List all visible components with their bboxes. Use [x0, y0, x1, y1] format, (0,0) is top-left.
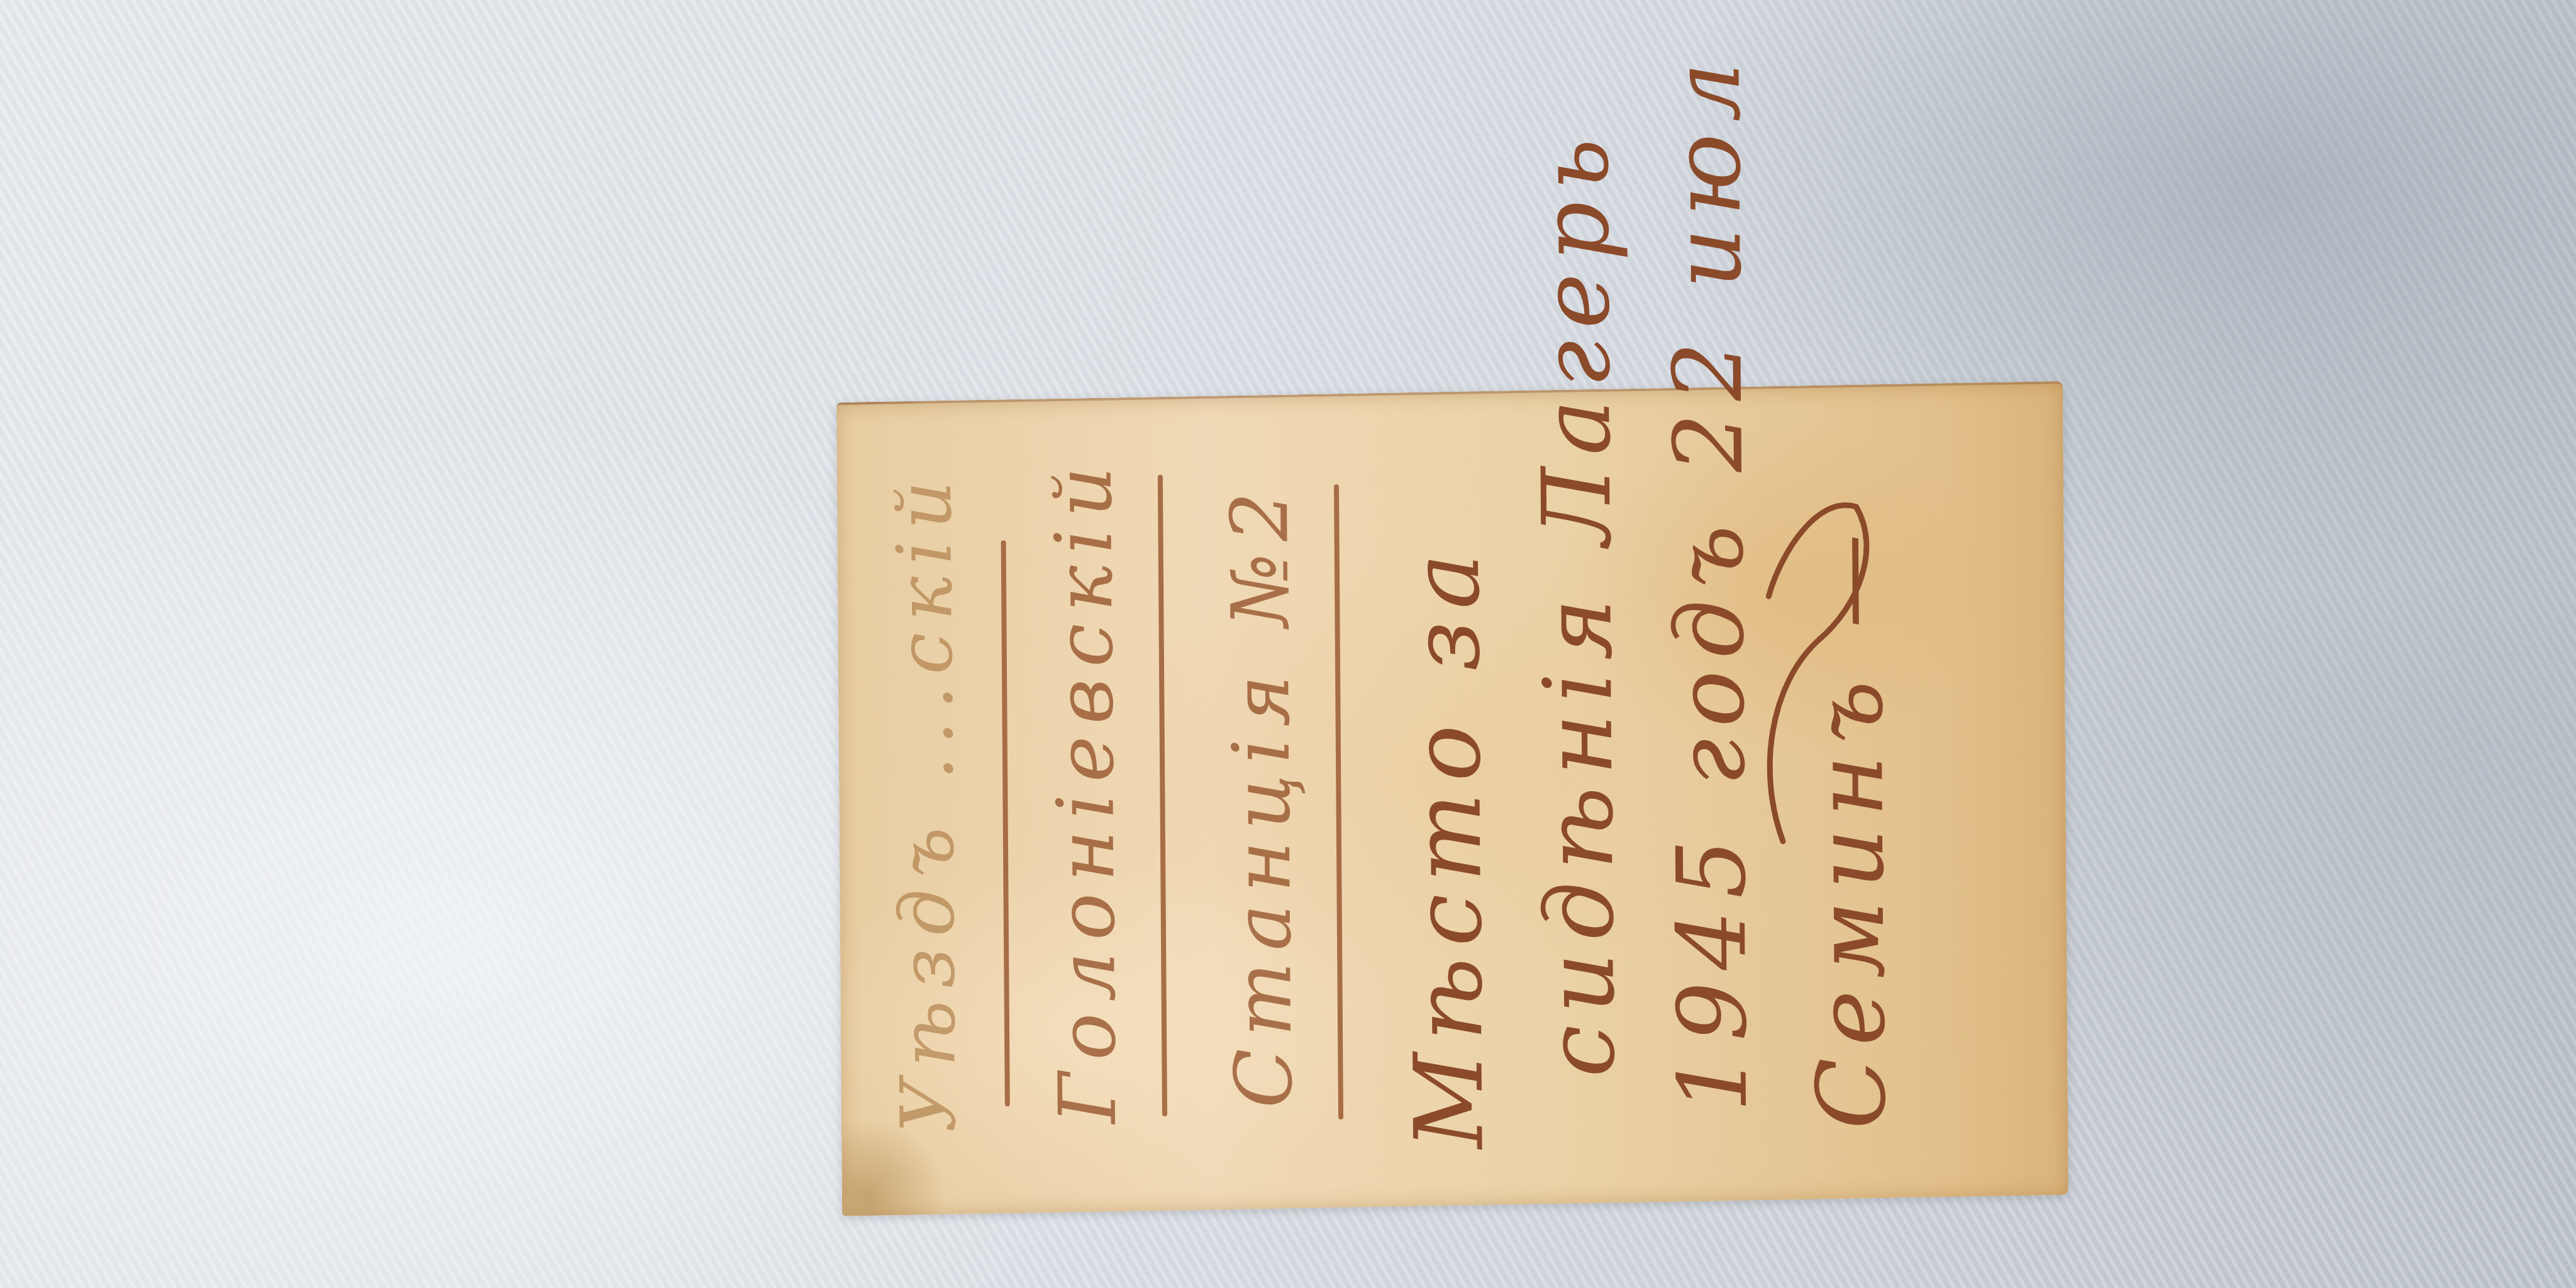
underline-3: [1334, 484, 1343, 1119]
underline-2: [1158, 475, 1167, 1116]
card-line-1: Уѣздъ ...скій: [881, 469, 973, 1134]
handwritten-card: Уѣздъ ...скій Голоніевскій Станція №2 Мѣ…: [836, 381, 2068, 1216]
card-line-2: Голоніевскій: [1038, 455, 1134, 1124]
rotated-text-block: Уѣздъ ...скій Голоніевскій Станція №2 Мѣ…: [836, 384, 2068, 1216]
card-line-3: Станція №2: [1214, 479, 1310, 1109]
signature-flourish-icon: [1743, 494, 1896, 848]
underline-1: [1001, 540, 1010, 1106]
card-line-4: Мѣсто за: [1391, 541, 1505, 1150]
card-line-5: сидѣнія Лагерь: [1520, 126, 1636, 1079]
